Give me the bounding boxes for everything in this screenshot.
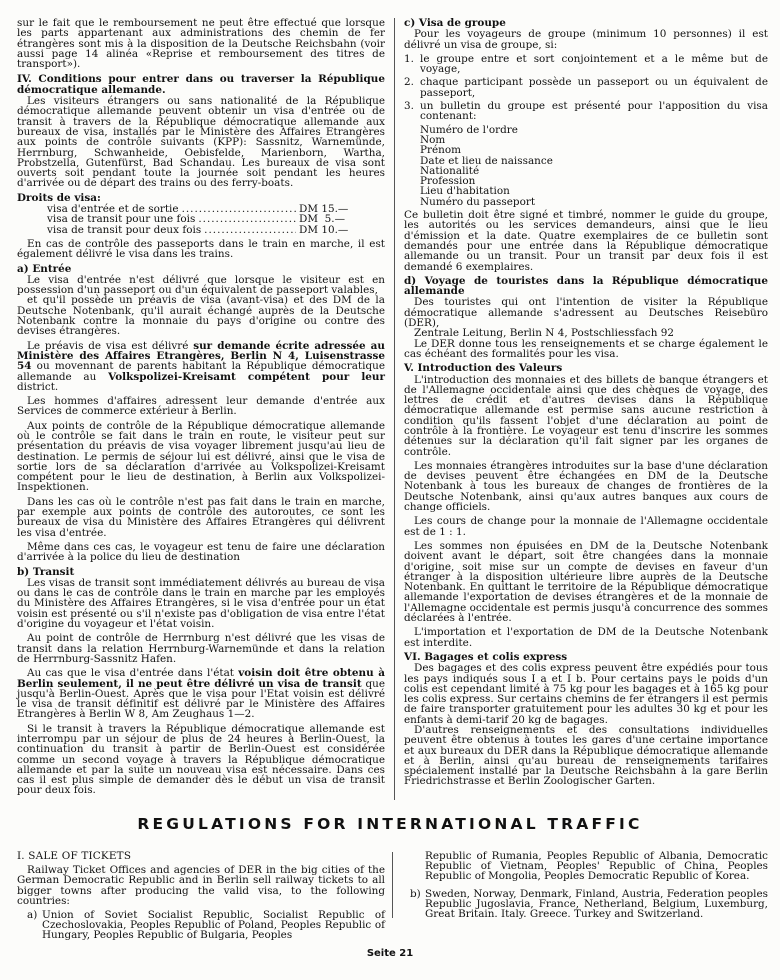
list-item: 1.le groupe entre et sort conjointement … — [404, 54, 768, 75]
groupe-conditions-list: 1.le groupe entre et sort conjointement … — [404, 54, 768, 122]
valeurs-paragraph-1: L'introduction des monnaies et des bille… — [404, 375, 768, 457]
groupe-paragraph-2: Ce bulletin doit être signé et timbré, n… — [404, 210, 768, 272]
fees-heading: Droits de visa: — [17, 193, 385, 203]
text-run: district. — [17, 381, 58, 393]
transit-heading: b) Transit — [17, 567, 385, 577]
right-column: c) Visa de groupe Pour les voyageurs de … — [404, 18, 768, 791]
valeurs-paragraph-2: Les monnaies étrangères introduites sur … — [404, 461, 768, 512]
sale-of-tickets-heading: I. SALE OF TICKETS — [17, 851, 385, 861]
list-item: 3.un bulletin du groupe est présenté pou… — [404, 101, 768, 122]
document-page: sur le fait que le remboursement ne peut… — [0, 0, 780, 980]
entree-paragraph-3: Le préavis de visa est délivré sur deman… — [17, 341, 385, 392]
countries-list-item-b: b) Sweden, Norway, Denmark, Finland, Aus… — [400, 889, 768, 920]
touristes-heading: d) Voyage de touristes dans la Républiqu… — [404, 276, 768, 297]
regulations-title: REGULATIONS FOR INTERNATIONAL TRAFFIC — [0, 815, 780, 833]
bulletin-field: Numéro du passeport — [420, 197, 768, 207]
section-iv-heading: IV. Conditions pour entrer dans ou trave… — [17, 74, 385, 95]
valeurs-paragraph-3: Les cours de change pour la monnaie de l… — [404, 516, 768, 537]
list-item: 2.chaque participant possède un passepor… — [404, 77, 768, 98]
page-number: Seite 21 — [0, 948, 780, 959]
entree-paragraph-2: et qu'il possède un préavis de visa (ava… — [17, 295, 385, 336]
entree-heading: a) Entrée — [17, 264, 385, 274]
intro-paragraph: sur le fait que le remboursement ne peut… — [17, 18, 385, 69]
list-text: chaque participant possède un passeport … — [420, 77, 768, 98]
list-number: 3. — [404, 101, 420, 122]
entree-paragraph-6: Dans les cas où le contrôle n'est pas fa… — [17, 497, 385, 538]
list-label: a) — [17, 910, 42, 941]
bagages-paragraph-2: D'autres renseignements et des consultat… — [404, 725, 768, 787]
valeurs-heading: V. Introduction des Valeurs — [404, 363, 768, 373]
fee-value: DM 10.— — [299, 225, 357, 235]
transit-paragraph-4: Si le transit à travers la République dé… — [17, 724, 385, 796]
list-text: Sweden, Norway, Denmark, Finland, Austri… — [425, 889, 768, 920]
transit-paragraph-2: Au point de contrôle de Herrnburg n'est … — [17, 633, 385, 664]
groupe-heading: c) Visa de groupe — [404, 18, 768, 28]
touristes-paragraph-2: Le DER donne tous les renseignements et … — [404, 339, 768, 360]
section-iv-paragraph-2: En cas de contrôle des passeports dans l… — [17, 239, 385, 260]
entree-paragraph-1: Le visa d'entrée n'est délivré que lorsq… — [17, 275, 385, 296]
entree-paragraph-5: Aux points de contrôle de la République … — [17, 421, 385, 493]
section-iv-paragraph-1: Les visiteurs étrangers ou sans national… — [17, 96, 385, 189]
list-text: un bulletin du groupe est présenté pour … — [420, 101, 768, 122]
list-label: b) — [400, 889, 425, 920]
countries-list-item-a: a) Union of Soviet Socialist Republic, S… — [17, 910, 385, 941]
bulletin-field: Numéro de l'ordre — [420, 125, 768, 135]
left-column: sur le fait que le remboursement ne peut… — [17, 18, 385, 800]
bagages-paragraph-1: Des bagages et des colis express peuvent… — [404, 663, 768, 725]
regulations-right-column: Republic of Rumania, Peoples Republic of… — [400, 851, 768, 919]
list-text: Union of Soviet Socialist Republic, Soci… — [42, 910, 385, 941]
regulations-left-column: I. SALE OF TICKETS Railway Ticket Office… — [17, 851, 385, 941]
transit-paragraph-3: Au cas que le visa d'entrée dans l'état … — [17, 668, 385, 719]
touristes-paragraph-1: Des touristes qui ont l'intention de vis… — [404, 297, 768, 328]
fees-table: visa d'entrée et de sortie .............… — [47, 204, 357, 235]
column-divider — [394, 18, 395, 800]
bagages-heading: VI. Bagages et colis express — [404, 652, 768, 662]
bold-text-run: Volkspolizei-Kreisamt compétent pour leu… — [108, 371, 385, 383]
valeurs-paragraph-5: L'importation et l'exportation de DM de … — [404, 627, 768, 648]
fee-label: visa de transit pour deux fois — [47, 225, 201, 235]
entree-paragraph-7: Même dans ces cas, le voyageur est tenu … — [17, 542, 385, 563]
list-number: 2. — [404, 77, 420, 98]
bulletin-fields-list: Numéro de l'ordre Nom Prénom Date et lie… — [420, 125, 768, 207]
leader-dots: ........................................… — [198, 214, 296, 224]
leader-dots: ........................................… — [182, 204, 296, 214]
transit-paragraph-1: Les visas de transit sont immédiatement … — [17, 578, 385, 629]
column-divider — [392, 852, 393, 918]
list-number: 1. — [404, 54, 420, 75]
fee-row: visa de transit pour deux fois .........… — [47, 225, 357, 235]
leader-dots: ........................................… — [204, 225, 296, 235]
bulletin-field: Nom — [420, 135, 768, 145]
entree-paragraph-4: Les hommes d'affaires adressent leur dem… — [17, 396, 385, 417]
sale-of-tickets-intro: Railway Ticket Offices and agencies of D… — [17, 865, 385, 906]
valeurs-paragraph-4: Les sommes non épuisées en DM de la Deut… — [404, 541, 768, 623]
countries-list-item-a-continued: Republic of Rumania, Peoples Republic of… — [400, 851, 768, 882]
list-text: le groupe entre et sort conjointement et… — [420, 54, 768, 75]
groupe-paragraph-1: Pour les voyageurs de groupe (minimum 10… — [404, 29, 768, 50]
